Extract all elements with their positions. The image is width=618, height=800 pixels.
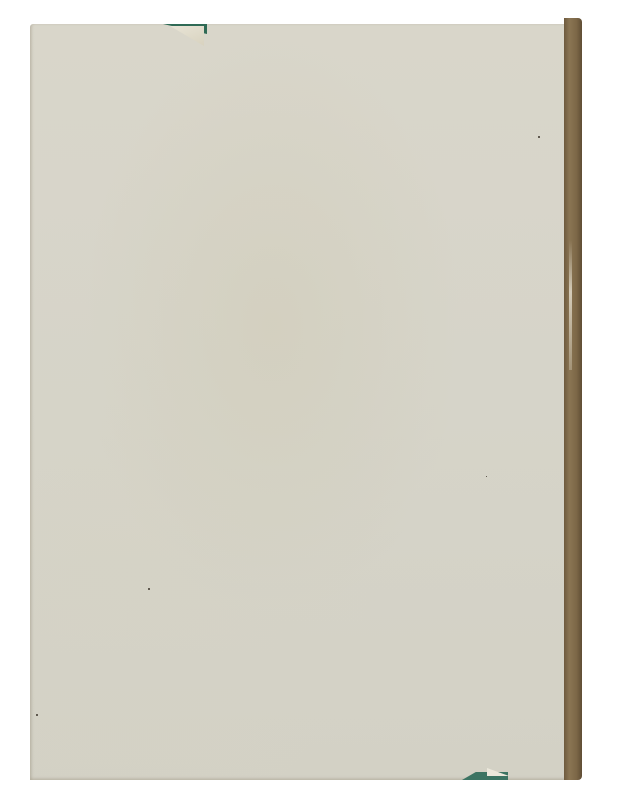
spine-wear-mark [569, 240, 572, 370]
book-spine [564, 18, 582, 780]
cover-speck [538, 136, 540, 138]
book-back-cover [30, 24, 568, 780]
cover-speck [148, 588, 150, 590]
book-photo [0, 0, 618, 800]
cover-speck [36, 714, 38, 716]
cover-speck [486, 476, 487, 477]
